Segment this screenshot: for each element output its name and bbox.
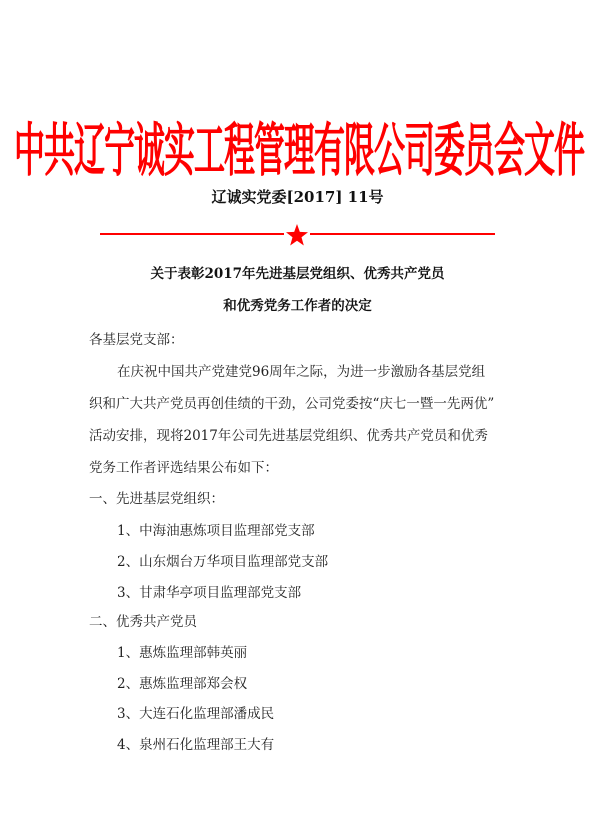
paragraph-line: 在庆祝中国共产党建党96周年之际，为进一步激励各基层党组 [117, 360, 485, 380]
list-item: 1、中海油惠炼项目监理部党支部 [117, 519, 315, 539]
paragraph-line: 活动安排，现将2017年公司先进基层党组织、优秀共产党员和优秀 [89, 424, 488, 444]
paragraph-line: 织和广大共产党员再创佳绩的干劲，公司党委按“庆七一暨一先两优” [89, 392, 494, 412]
document-page: 中共辽宁诚实工程管理有限公司委员会文件 辽诚实党委[2017] 11号 关于表彰… [0, 0, 595, 840]
list-item: 4、泉州石化监理部王大有 [117, 733, 274, 753]
subject-line-1: 关于表彰2017年先进基层党组织、优秀共产党员 [0, 262, 595, 282]
document-number: 辽诚实党委[2017] 11号 [0, 186, 595, 207]
paragraph-line: 党务工作者评选结果公布如下： [89, 456, 278, 476]
salutation: 各基层党支部： [89, 328, 509, 348]
section-heading: 一、先进基层党组织： [89, 487, 224, 507]
red-divider [100, 224, 495, 246]
list-item: 1、惠炼监理部韩英丽 [117, 641, 247, 661]
list-item: 2、山东烟台万华项目监理部党支部 [117, 550, 328, 570]
star-icon [285, 223, 309, 247]
subject-line-2: 和优秀党务工作者的决定 [0, 294, 595, 314]
divider-line-left [100, 233, 284, 235]
list-item: 3、甘肃华亭项目监理部党支部 [117, 581, 301, 601]
section-heading: 二、优秀共产党员 [89, 610, 197, 630]
list-item: 2、惠炼监理部郑会权 [117, 672, 247, 692]
divider-line-right [310, 233, 495, 235]
list-item: 3、大连石化监理部潘成民 [117, 702, 274, 722]
